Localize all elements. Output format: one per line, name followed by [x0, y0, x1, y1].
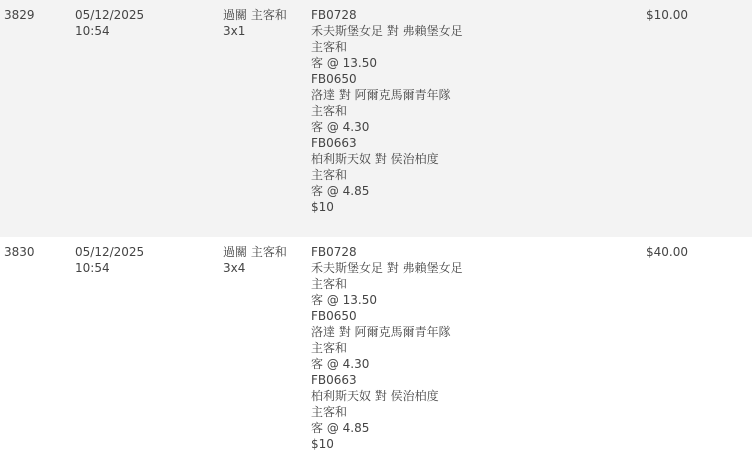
- bet-type: 過關 主客和 3x4: [223, 244, 287, 276]
- match-code: FB0650: [311, 308, 463, 324]
- bet-history-table: 3829 05/12/2025 10:54 過關 主客和 3x1 FB0728 …: [0, 0, 752, 469]
- bet-details: FB0728 禾夫斯堡女足 對 弗賴堡女足 主客和 客 @ 13.50 FB06…: [311, 244, 463, 452]
- match-code: FB0663: [311, 135, 463, 151]
- match-code: FB0663: [311, 372, 463, 388]
- selection-odds: 客 @ 4.30: [311, 356, 463, 372]
- match-teams: 洛達 對 阿爾克馬爾青年隊: [311, 324, 463, 340]
- pool-name: 主客和: [311, 276, 463, 292]
- pool-name: 主客和: [311, 167, 463, 183]
- bet-combo: 3x1: [223, 23, 287, 39]
- bet-amount: $10.00: [646, 7, 688, 23]
- pool-name: 主客和: [311, 404, 463, 420]
- match-teams: 禾夫斯堡女足 對 弗賴堡女足: [311, 23, 463, 39]
- bet-type-label: 過關 主客和: [223, 7, 287, 23]
- unit-stake: $10: [311, 199, 463, 215]
- bet-details: FB0728 禾夫斯堡女足 對 弗賴堡女足 主客和 客 @ 13.50 FB06…: [311, 7, 463, 215]
- bet-type-label: 過關 主客和: [223, 244, 287, 260]
- selection-odds: 客 @ 4.30: [311, 119, 463, 135]
- bet-id: 3829: [4, 7, 35, 23]
- match-teams: 洛達 對 阿爾克馬爾青年隊: [311, 87, 463, 103]
- selection-odds: 客 @ 13.50: [311, 55, 463, 71]
- bet-type: 過關 主客和 3x1: [223, 7, 287, 39]
- bet-time: 10:54: [75, 23, 144, 39]
- bet-datetime: 05/12/2025 10:54: [75, 7, 144, 39]
- pool-name: 主客和: [311, 340, 463, 356]
- bet-combo: 3x4: [223, 260, 287, 276]
- match-teams: 柏利斯天奴 對 侯治柏度: [311, 388, 463, 404]
- table-row[interactable]: 3830 05/12/2025 10:54 過關 主客和 3x4 FB0728 …: [0, 237, 752, 469]
- bet-date: 05/12/2025: [75, 244, 144, 260]
- unit-stake: $10: [311, 436, 463, 452]
- bet-date: 05/12/2025: [75, 7, 144, 23]
- selection-odds: 客 @ 4.85: [311, 183, 463, 199]
- selection-odds: 客 @ 13.50: [311, 292, 463, 308]
- match-teams: 柏利斯天奴 對 侯治柏度: [311, 151, 463, 167]
- bet-time: 10:54: [75, 260, 144, 276]
- bet-datetime: 05/12/2025 10:54: [75, 244, 144, 276]
- pool-name: 主客和: [311, 103, 463, 119]
- match-teams: 禾夫斯堡女足 對 弗賴堡女足: [311, 260, 463, 276]
- match-code: FB0728: [311, 244, 463, 260]
- bet-id: 3830: [4, 244, 35, 260]
- table-row[interactable]: 3829 05/12/2025 10:54 過關 主客和 3x1 FB0728 …: [0, 0, 752, 237]
- selection-odds: 客 @ 4.85: [311, 420, 463, 436]
- pool-name: 主客和: [311, 39, 463, 55]
- match-code: FB0728: [311, 7, 463, 23]
- match-code: FB0650: [311, 71, 463, 87]
- bet-amount: $40.00: [646, 244, 688, 260]
